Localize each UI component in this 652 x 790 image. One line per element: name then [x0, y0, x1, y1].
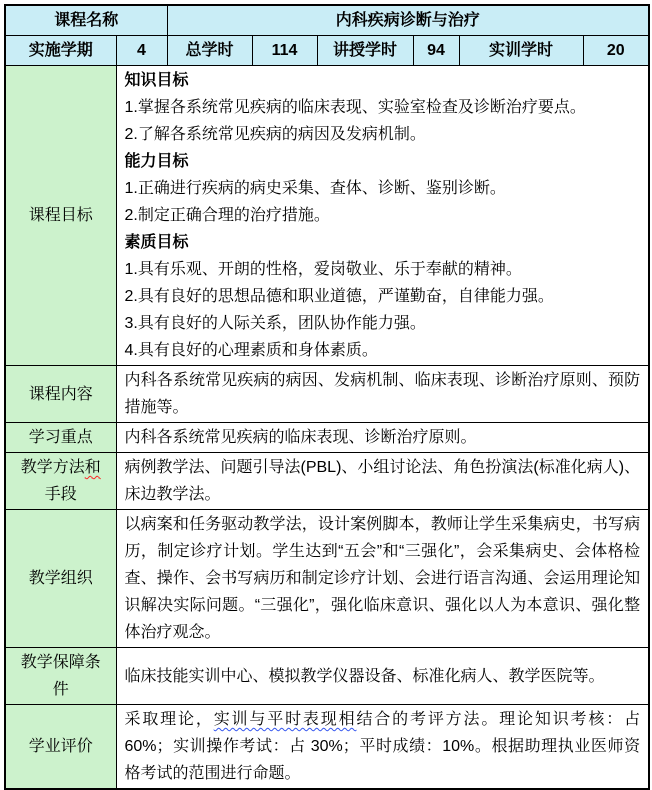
teaching-methods-label-part1: 教学方法	[21, 459, 85, 476]
objectives-item: 2.制定正确合理的治疗措施。	[125, 202, 641, 229]
header-row-course-name: 课程名称 内科疾病诊断与治疗	[5, 5, 649, 36]
teaching-methods-label-squiggle: 和	[85, 459, 101, 476]
course-content-label: 课程内容	[5, 366, 116, 423]
row-learning-focus: 学习重点 内科各系统常见疾病的临床表现、诊断治疗原则。	[5, 423, 649, 453]
academic-evaluation-label: 学业评价	[5, 705, 116, 790]
teaching-organization-label: 教学组织	[5, 510, 116, 648]
learning-focus-label: 学习重点	[5, 423, 116, 453]
teaching-organization-text: 以病案和任务驱动教学法，设计案例脚本，教师让学生采集病史，书写病历，制定诊疗计划…	[116, 510, 649, 648]
course-syllabus-table: 课程名称 内科疾病诊断与治疗 实施学期 4 总学时 114 讲授学时 94 实训…	[4, 4, 650, 790]
row-teaching-methods: 教学方法和手段 病例教学法、问题引导法(PBL)、小组讨论法、角色扮演法(标准化…	[5, 453, 649, 510]
total-hours-label: 总学时	[167, 36, 252, 66]
objectives-heading-quality: 素质目标	[125, 229, 641, 256]
evaluation-text-prefix: 采取理论，	[125, 711, 214, 728]
academic-evaluation-text: 采取理论，实训与平时表现相结合的考评方法。理论知识考核：占 60%；实训操作考试…	[116, 705, 649, 790]
learning-focus-text: 内科各系统常见疾病的临床表现、诊断治疗原则。	[116, 423, 649, 453]
objectives-item: 2.了解各系统常见疾病的病因及发病机制。	[125, 121, 641, 148]
objectives-item: 2.具有良好的思想品德和职业道德，严谨勤奋，自律能力强。	[125, 283, 641, 310]
teaching-support-text: 临床技能实训中心、模拟教学仪器设备、标准化病人、教学医院等。	[116, 648, 649, 705]
header-row-hours: 实施学期 4 总学时 114 讲授学时 94 实训学时 20	[5, 36, 649, 66]
row-course-objectives: 课程目标 知识目标 1.掌握各系统常见疾病的临床表现、实验室检查及诊断治疗要点。…	[5, 66, 649, 366]
row-academic-evaluation: 学业评价 采取理论，实训与平时表现相结合的考评方法。理论知识考核：占 60%；实…	[5, 705, 649, 790]
practice-hours-value: 20	[583, 36, 649, 66]
course-objectives-content: 知识目标 1.掌握各系统常见疾病的临床表现、实验室检查及诊断治疗要点。 2.了解…	[116, 66, 649, 366]
course-objectives-label: 课程目标	[5, 66, 116, 366]
objectives-item: 1.具有乐观、开朗的性格，爱岗敬业、乐于奉献的精神。	[125, 256, 641, 283]
objectives-item: 1.正确进行疾病的病史采集、查体、诊断、鉴别诊断。	[125, 175, 641, 202]
teaching-methods-text: 病例教学法、问题引导法(PBL)、小组讨论法、角色扮演法(标准化病人)、床边教学…	[116, 453, 649, 510]
semester-value: 4	[116, 36, 167, 66]
objectives-heading-ability: 能力目标	[125, 148, 641, 175]
objectives-item: 3.具有良好的人际关系，团队协作能力强。	[125, 310, 641, 337]
course-name-label: 课程名称	[5, 5, 167, 36]
row-teaching-support: 教学保障条件 临床技能实训中心、模拟教学仪器设备、标准化病人、教学医院等。	[5, 648, 649, 705]
lecture-hours-value: 94	[413, 36, 459, 66]
objectives-heading-knowledge: 知识目标	[125, 67, 641, 94]
semester-label: 实施学期	[5, 36, 116, 66]
practice-hours-label: 实训学时	[459, 36, 583, 66]
teaching-methods-label: 教学方法和手段	[5, 453, 116, 510]
lecture-hours-label: 讲授学时	[317, 36, 413, 66]
course-name-value: 内科疾病诊断与治疗	[167, 5, 649, 36]
row-course-content: 课程内容 内科各系统常见疾病的病因、发病机制、临床表现、诊断治疗原则、预防措施等…	[5, 366, 649, 423]
evaluation-text-squiggle: 实训与平时表现相	[214, 711, 357, 728]
teaching-support-label: 教学保障条件	[5, 648, 116, 705]
total-hours-value: 114	[252, 36, 317, 66]
objectives-item: 1.掌握各系统常见疾病的临床表现、实验室检查及诊断治疗要点。	[125, 94, 641, 121]
objectives-item: 4.具有良好的心理素质和身体素质。	[125, 337, 641, 364]
teaching-methods-label-line2: 手段	[45, 486, 77, 503]
course-content-text: 内科各系统常见疾病的病因、发病机制、临床表现、诊断治疗原则、预防措施等。	[116, 366, 649, 423]
row-teaching-organization: 教学组织 以病案和任务驱动教学法，设计案例脚本，教师让学生采集病史，书写病历，制…	[5, 510, 649, 648]
